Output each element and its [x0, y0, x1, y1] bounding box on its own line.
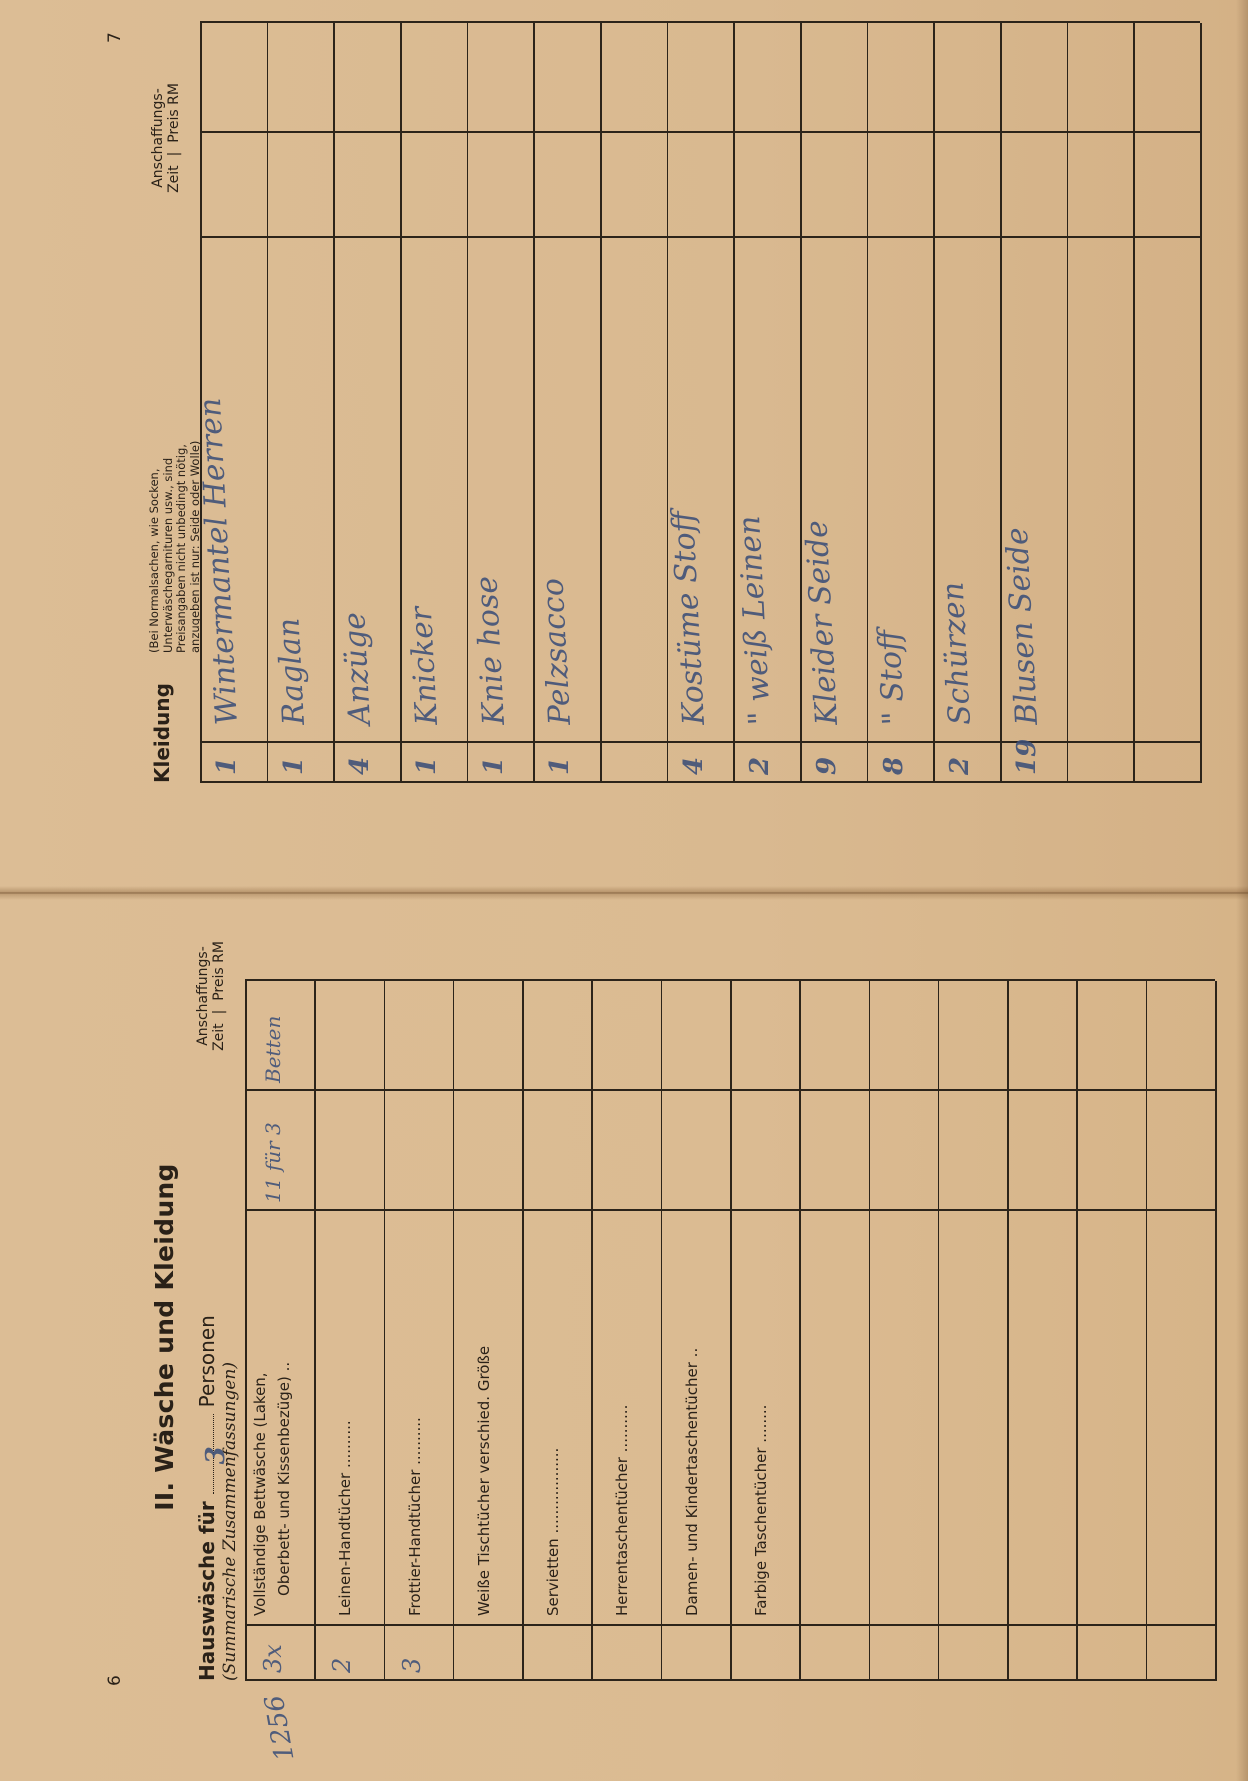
- qty-cell: 19: [1012, 739, 1042, 775]
- page-number: 7: [105, 32, 125, 43]
- item-cell: Kleider Seide: [799, 519, 845, 726]
- item-cell: Raglan: [271, 617, 312, 726]
- qty-cell: 1: [545, 757, 575, 775]
- item-cell: Schürzen: [936, 581, 978, 726]
- table-row: 2Leinen-Handtücher ..........: [314, 981, 383, 1681]
- item-cell: Blusen Seide: [1000, 527, 1045, 726]
- hauswaesche-heading: Hauswäsche für 3 Personen: [195, 1315, 219, 1681]
- zeit-cell: 11 für 3: [261, 1122, 285, 1203]
- item-label: Vollständige Bettwäsche (Laken,: [251, 1372, 269, 1616]
- item-cell: " weiß Leinen: [732, 515, 778, 726]
- header-zeit: Zeit: [211, 1023, 227, 1051]
- item-cell: Knie hose: [469, 575, 512, 726]
- table-row: 3Frottier-Handtücher ..........: [384, 981, 453, 1681]
- item-cell: Kostüme Stoff: [665, 510, 711, 726]
- persons-label: Personen: [195, 1315, 219, 1407]
- subtitle: (Summarische Zusammenfassungen): [220, 1362, 240, 1681]
- table-row: [1133, 23, 1200, 783]
- hauswaesche-table: 3xVollständige Bettwäsche (Laken,Oberbet…: [245, 981, 1215, 1681]
- kleidung-table: 1Wintermantel Herren1Raglan4Anzüge1Knick…: [200, 23, 1200, 783]
- page-7: 7 Kleidung (Bei Normalsachen, wie Socken…: [0, 0, 1248, 893]
- item-label: Damen- und Kindertaschentücher ..: [683, 1348, 701, 1616]
- qty-cell: 3: [398, 1658, 426, 1673]
- item-label: Leinen-Handtücher ..........: [336, 1420, 354, 1616]
- kleidung-title: Kleidung: [150, 683, 174, 783]
- qty-cell: 2: [745, 757, 775, 775]
- item-cell: Knicker: [404, 606, 445, 726]
- qty-cell: 4: [679, 757, 709, 775]
- margin-note: 1256: [259, 1693, 300, 1763]
- header-anschaffung: Anschaffungs-: [195, 901, 211, 1091]
- item-cell: Pelzsacco: [536, 577, 579, 726]
- column-header-anschaffung: Anschaffungs- Zeit | Preis RM: [195, 901, 227, 1091]
- table-row: 1Knicker: [400, 23, 467, 783]
- item-label: Frottier-Handtücher ..........: [406, 1417, 424, 1616]
- table-row: 1Pelzsacco: [533, 23, 600, 783]
- table-row: Damen- und Kindertaschentücher ..: [661, 981, 730, 1681]
- table-row: Weiße Tischtücher verschied. Größe: [453, 981, 522, 1681]
- qty-cell: 8: [879, 757, 909, 775]
- table-row: [1076, 981, 1145, 1681]
- table-row: [600, 23, 667, 783]
- table-row-line: [1215, 981, 1217, 1681]
- qty-cell: 2: [328, 1658, 356, 1673]
- qty-cell: 1: [212, 757, 242, 775]
- table-row: Herrentaschentücher ..........: [591, 981, 660, 1681]
- item-label: Herrentaschentücher ..........: [613, 1405, 631, 1616]
- qty-cell: 4: [345, 757, 375, 775]
- table-row: 1Raglan: [267, 23, 334, 783]
- qty-cell: 2: [945, 757, 975, 775]
- table-row: 1Knie hose: [467, 23, 534, 783]
- qty-cell: 1: [412, 757, 442, 775]
- table-row: 4Anzüge: [333, 23, 400, 783]
- table-row: 9Kleider Seide: [800, 23, 867, 783]
- table-row: Farbige Taschentücher ........: [730, 981, 799, 1681]
- qty-cell: 1: [279, 757, 309, 775]
- header-preis: Preis RM: [166, 83, 182, 143]
- header-preis: Preis RM: [211, 941, 227, 1001]
- item-label: Weiße Tischtücher verschied. Größe: [475, 1346, 493, 1616]
- item-label-line2: Oberbett- und Kissenbezüge) ..: [275, 1362, 293, 1596]
- item-label: Farbige Taschentücher ........: [752, 1405, 770, 1616]
- table-row: 2Schürzen: [933, 23, 1000, 783]
- table-row: [1007, 981, 1076, 1681]
- table-row: [1067, 23, 1134, 783]
- qty-cell: 1: [479, 757, 509, 775]
- table-row: 19Blusen Seide: [1000, 23, 1067, 783]
- table-row-line: [1200, 23, 1202, 783]
- item-cell: Anzüge: [337, 611, 378, 726]
- table-row: 3xVollständige Bettwäsche (Laken,Oberbet…: [245, 981, 314, 1681]
- item-cell: " Stoff: [872, 629, 912, 726]
- table-row: 2" weiß Leinen: [733, 23, 800, 783]
- page-6: 6 II. Wäsche und Kleidung Hauswäsche für…: [0, 893, 1248, 1781]
- qty-cell: 9: [812, 757, 842, 775]
- table-row: [1146, 981, 1215, 1681]
- header-anschaffung: Anschaffungs-: [150, 38, 166, 238]
- item-label: Servietten ..................: [544, 1448, 562, 1616]
- header-zeit: Zeit: [166, 165, 182, 193]
- table-row: 8" Stoff: [867, 23, 934, 783]
- table-row: [938, 981, 1007, 1681]
- column-header-anschaffung: Anschaffungs- Zeit | Preis RM: [150, 38, 182, 238]
- table-row: 1Wintermantel Herren: [200, 23, 267, 783]
- table-row: Servietten ..................: [522, 981, 591, 1681]
- qty-cell: 3x: [259, 1644, 287, 1673]
- table-row: 4Kostüme Stoff: [667, 23, 734, 783]
- table-row: [869, 981, 938, 1681]
- preis-cell: Betten: [261, 1016, 285, 1083]
- section-title: II. Wäsche und Kleidung: [150, 893, 179, 1781]
- table-row: [799, 981, 868, 1681]
- kleidung-note: (Bei Normalsachen, wie Socken, Unterwäsc…: [148, 413, 202, 653]
- item-cell: Wintermantel Herren: [193, 397, 245, 726]
- page-number: 6: [105, 1675, 125, 1686]
- persons-blank: 3: [213, 1414, 214, 1494]
- hauswaesche-label: Hauswäsche für: [195, 1501, 219, 1681]
